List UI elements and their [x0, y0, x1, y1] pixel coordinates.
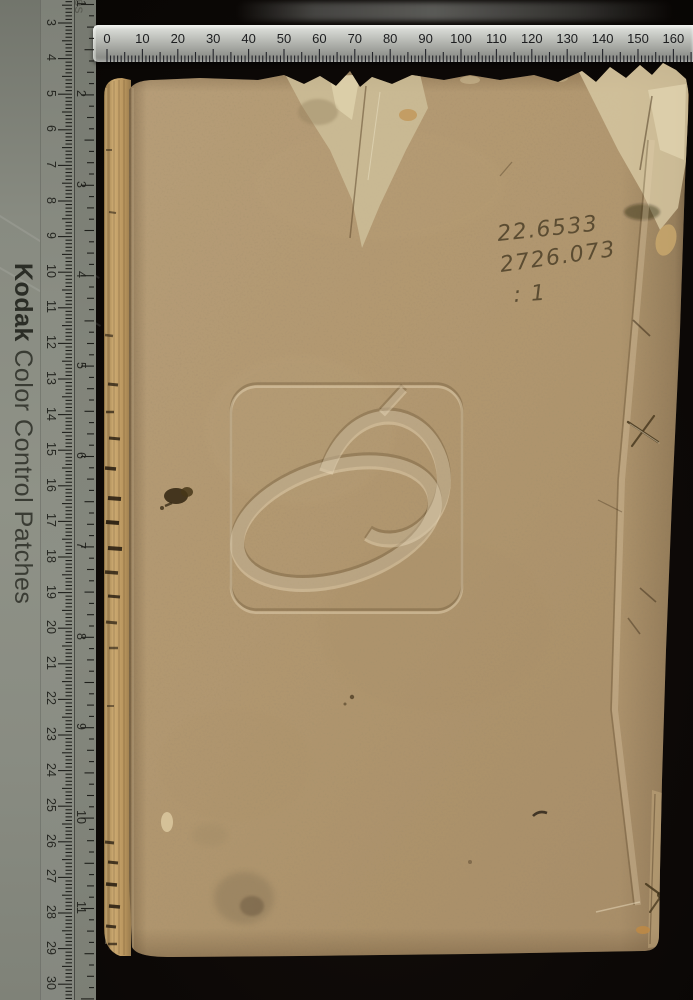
- cm-ruler-number: 5: [44, 90, 58, 97]
- kodak-strip-title: Color Control Patches: [9, 342, 37, 605]
- mm-ruler-number: 140: [592, 31, 614, 46]
- kodak-brand-text: Kodak: [9, 263, 37, 342]
- inch-ruler-number: 8: [74, 633, 88, 640]
- cm-ruler-number: 14: [44, 407, 58, 421]
- handwriting-line-3: : 1: [513, 281, 548, 308]
- vertical-inch-ruler: [74, 0, 96, 1000]
- mm-ruler-number: 30: [206, 31, 220, 46]
- cm-ruler-number: 13: [44, 371, 58, 385]
- mm-ruler-number: 110: [486, 31, 507, 46]
- cm-ruler-number: 24: [44, 763, 58, 777]
- inch-ruler-number: 9: [74, 723, 88, 730]
- binding-thread-lower: [646, 880, 676, 912]
- mm-ruler-number: 0: [103, 31, 110, 46]
- cm-ruler-number: 9: [44, 232, 58, 239]
- embossed-logo-watermark: [222, 384, 462, 613]
- cm-ruler-number: 29: [44, 941, 58, 955]
- vertical-cm-ruler: [40, 0, 75, 1000]
- inch-ruler-number: 1: [74, 0, 88, 7]
- cm-ruler-number: 27: [44, 869, 58, 883]
- inch-ruler-number: 4: [74, 271, 88, 278]
- fore-edge-ink-specks: [105, 150, 122, 944]
- mm-ruler-number: 130: [556, 31, 578, 46]
- mm-ruler-number: 40: [241, 31, 255, 46]
- stains: [160, 99, 547, 924]
- inch-ruler-number: 10: [74, 810, 88, 824]
- inch-ruler-number: 2: [74, 90, 88, 97]
- mm-ruler-number: 120: [521, 31, 543, 46]
- mm-ruler-number: 60: [312, 31, 326, 46]
- glass-reflection: [235, 2, 675, 21]
- cm-ruler-number: 3: [44, 19, 58, 26]
- cm-ruler-number: 26: [44, 834, 58, 848]
- inch-ruler-number: 7: [74, 542, 88, 549]
- cm-ruler-number: 25: [44, 798, 58, 812]
- cm-ruler-number: 4: [44, 54, 58, 61]
- inch-ruler-number: 5: [74, 362, 88, 369]
- cm-ruler-number: 7: [44, 161, 58, 168]
- cm-ruler-number: 19: [44, 585, 58, 599]
- orange-chip-stain: [636, 926, 650, 934]
- cm-ruler-number: 23: [44, 727, 58, 741]
- mm-ruler-number: 160: [663, 31, 685, 46]
- kodak-strip-label: Kodak Color Control Patches: [8, 263, 37, 604]
- inch-ruler-number: 3: [74, 181, 88, 188]
- mm-ruler-number: 50: [277, 31, 291, 46]
- mm-ruler-number: 70: [348, 31, 362, 46]
- handwritten-accession-numbers: 22.6533 2726.073 : 1: [496, 211, 618, 307]
- inch-ruler-number: 11: [74, 901, 88, 914]
- cm-ruler-number: 21: [44, 656, 58, 670]
- mm-ruler-number: 20: [171, 31, 185, 46]
- cm-ruler-number: 6: [44, 125, 58, 132]
- cm-ruler-number: 8: [44, 197, 58, 204]
- book-scan-photo: Kodak Color Control Patches res 34567891…: [0, 0, 693, 1000]
- cover-paper: 22.6533 2726.073 : 1: [100, 60, 693, 980]
- kodak-color-control-strip: Kodak Color Control Patches: [0, 0, 40, 1000]
- right-edge-crease: [596, 140, 672, 948]
- binding-thread-upper: [628, 416, 659, 446]
- mm-ruler-number: 150: [627, 31, 649, 46]
- cm-ruler-number: 22: [44, 691, 58, 705]
- cm-ruler-number: 15: [44, 442, 58, 456]
- cm-ruler-number: 17: [44, 513, 58, 527]
- cm-ruler-number: 16: [44, 478, 58, 492]
- ink-blob-stain: [160, 487, 193, 510]
- cm-ruler-number: 10: [44, 264, 58, 278]
- cm-ruler-number: 30: [44, 976, 58, 990]
- mm-ruler-number: 100: [450, 31, 472, 46]
- cm-ruler-number: 20: [44, 620, 58, 634]
- book: 22.6533 2726.073 : 1: [0, 0, 693, 1000]
- cm-ruler-number: 12: [44, 335, 58, 349]
- cm-ruler-number: 18: [44, 549, 58, 563]
- handwriting-line-2: 2726.073: [498, 237, 617, 278]
- ruler-tick-marks: [0, 0, 693, 1000]
- cm-ruler-number: 28: [44, 905, 58, 919]
- mm-ruler-number: 10: [135, 31, 149, 46]
- mm-ruler-number: 90: [418, 31, 432, 46]
- page-fore-edge: [104, 78, 131, 956]
- handwriting-line-1: 22.6533: [496, 211, 600, 246]
- mm-ruler-number: 80: [383, 31, 397, 46]
- damage-top-right-corner: [578, 60, 688, 258]
- cm-ruler-number: 11: [44, 300, 58, 313]
- torn-area-top-center: [286, 74, 568, 248]
- inch-ruler-number: 6: [74, 452, 88, 459]
